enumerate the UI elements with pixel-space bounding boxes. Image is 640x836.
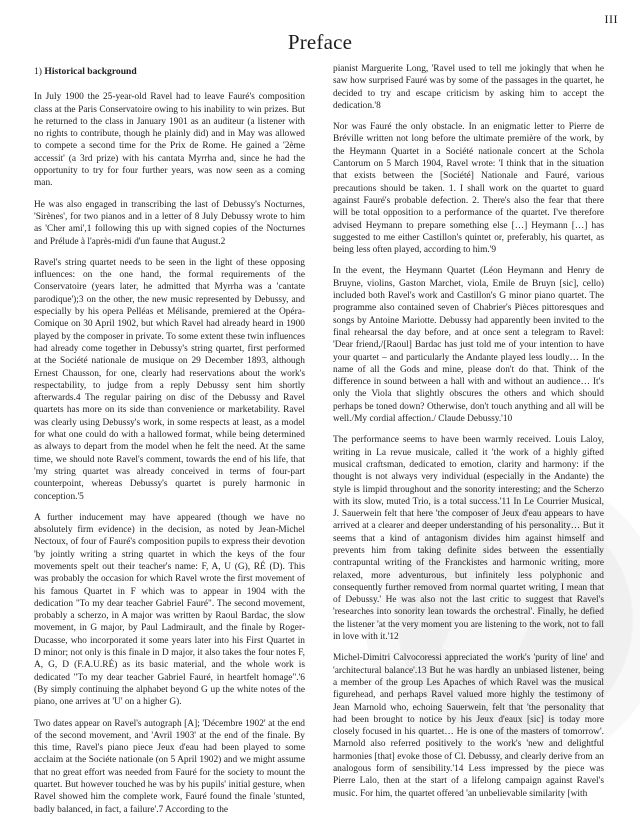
paragraph-right-5: Michel-Dimitri Calvocoressi appreciated … — [333, 652, 604, 800]
paragraph-right-2: Nor was Fauré the only obstacle. In an e… — [333, 121, 604, 256]
paragraph-right-4: The performance seems to have been warml… — [333, 434, 604, 643]
paragraph-right-1: pianist Marguerite Long, 'Ravel used to … — [333, 63, 604, 112]
section-heading-text: Historical background — [44, 66, 136, 77]
section-heading: 1) Historical background — [34, 66, 305, 78]
page-number: III — [605, 12, 619, 27]
paragraph-right-3: In the event, the Heymann Quartet (Léon … — [333, 265, 604, 425]
paragraph-left-2: He was also engaged in transcribing the … — [34, 199, 305, 248]
paragraph-left-5: Two dates appear on Ravel's autograph [A… — [34, 718, 305, 816]
page-title: Preface — [0, 30, 640, 55]
paragraph-left-3: Ravel's string quartet needs to be seen … — [34, 257, 305, 503]
section-number: 1) — [34, 66, 42, 77]
paragraph-left-4: A further inducement may have appeared (… — [34, 512, 305, 709]
left-column: 1) Historical background In July 1900 th… — [34, 64, 305, 825]
paragraph-left-1: In July 1900 the 25-year-old Ravel had t… — [34, 91, 305, 189]
right-column: pianist Marguerite Long, 'Ravel used to … — [333, 63, 604, 809]
